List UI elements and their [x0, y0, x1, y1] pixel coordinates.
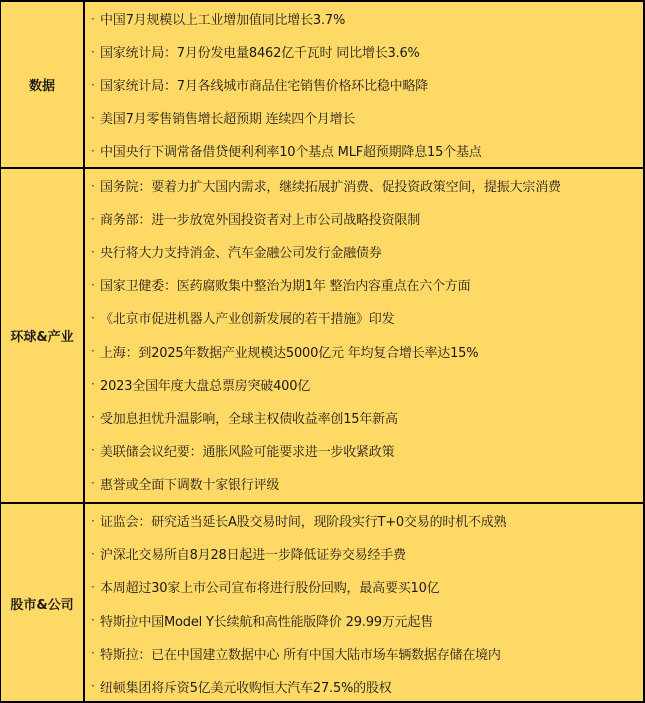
news-summary-table: 数据 ·中国7月规模以上工业增加值同比增长3.7% ·国家统计局：7月份发电量8… [0, 0, 645, 703]
bullet-icon: · [91, 646, 100, 660]
news-text: 央行将大力支持消金、汽车金融公司发行金融债券 [100, 242, 382, 261]
news-text: 国家统计局：7月各线城市商品住宅销售价格环比稳中略降 [100, 75, 428, 94]
news-item: ·2023全国年度大盘总票房突破400亿 [91, 368, 643, 401]
news-item: ·国家统计局：7月份发电量8462亿千瓦时 同比增长3.6% [91, 35, 643, 68]
news-text: 国家卫健委：医药腐败集中整治为期1年 整治内容重点在六个方面 [100, 275, 470, 294]
section-stocks-companies: 股市&公司 ·证监会：研究适当延长A股交易时间，现阶段实行T+0交易的时机不成熟… [1, 502, 643, 703]
bullet-icon: · [91, 547, 100, 561]
news-item: ·纽顿集团将斥资5亿美元收购恒大汽车27.5%的股权 [91, 670, 643, 703]
news-item: ·商务部：进一步放宽外国投资者对上市公司战略投资限制 [91, 202, 643, 235]
bullet-icon: · [91, 111, 100, 125]
news-text: 证监会：研究适当延长A股交易时间，现阶段实行T+0交易的时机不成熟 [100, 511, 506, 530]
section-label: 数据 [1, 2, 85, 167]
section-items: ·证监会：研究适当延长A股交易时间，现阶段实行T+0交易的时机不成熟 ·沪深北交… [85, 504, 643, 703]
news-text: 特斯拉中国Model Y长续航和高性能版降价 29.99万元起售 [100, 611, 433, 630]
news-text: 中国7月规模以上工业增加值同比增长3.7% [100, 9, 345, 28]
news-text: 国务院：要着力扩大国内需求，继续拓展扩消费、促投资政策空间，提振大宗消费 [100, 176, 561, 195]
news-item: ·央行将大力支持消金、汽车金融公司发行金融债券 [91, 235, 643, 268]
bullet-icon: · [91, 580, 100, 594]
bullet-icon: · [91, 45, 100, 59]
news-text: 上海：到2025年数据产业规模达5000亿元 年均复合增长率达15% [100, 342, 478, 361]
news-item: ·上海：到2025年数据产业规模达5000亿元 年均复合增长率达15% [91, 334, 643, 367]
section-label: 股市&公司 [1, 504, 85, 703]
news-text: 国家统计局：7月份发电量8462亿千瓦时 同比增长3.6% [100, 42, 420, 61]
news-item: ·沪深北交易所自8月28日起进一步降低证券交易经手费 [91, 537, 643, 570]
news-text: 美联储会议纪要：通胀风险可能要求进一步收紧政策 [100, 441, 394, 460]
bullet-icon: · [91, 344, 100, 358]
bullet-icon: · [91, 514, 100, 528]
news-item: ·国家卫健委：医药腐败集中整治为期1年 整治内容重点在六个方面 [91, 268, 643, 301]
bullet-icon: · [91, 377, 100, 391]
news-text: 中国央行下调常备借贷便利利率10个基点 MLF超预期降息15个基点 [100, 141, 482, 160]
bullet-icon: · [91, 476, 100, 490]
news-item: ·特斯拉中国Model Y长续航和高性能版降价 29.99万元起售 [91, 604, 643, 637]
news-text: 《北京市促进机器人产业创新发展的若干措施》印发 [100, 308, 394, 327]
news-item: ·中国7月规模以上工业增加值同比增长3.7% [91, 2, 643, 35]
section-global-industry: 环球&产业 ·国务院：要着力扩大国内需求，继续拓展扩消费、促投资政策空间，提振大… [1, 167, 643, 502]
section-items: ·中国7月规模以上工业增加值同比增长3.7% ·国家统计局：7月份发电量8462… [85, 2, 643, 167]
news-text: 2023全国年度大盘总票房突破400亿 [100, 375, 310, 394]
news-item: ·美国7月零售销售增长超预期 连续四个月增长 [91, 101, 643, 134]
news-item: ·国务院：要着力扩大国内需求，继续拓展扩消费、促投资政策空间，提振大宗消费 [91, 169, 643, 202]
news-item: ·特斯拉：已在中国建立数据中心 所有中国大陆市场车辆数据存储在境内 [91, 637, 643, 670]
section-data: 数据 ·中国7月规模以上工业增加值同比增长3.7% ·国家统计局：7月份发电量8… [1, 2, 643, 167]
news-item: ·本周超过30家上市公司宣布将进行股份回购，最高要买10亿 [91, 570, 643, 603]
news-text: 商务部：进一步放宽外国投资者对上市公司战略投资限制 [100, 209, 420, 228]
news-item: ·国家统计局：7月各线城市商品住宅销售价格环比稳中略降 [91, 68, 643, 101]
news-text: 特斯拉：已在中国建立数据中心 所有中国大陆市场车辆数据存储在境内 [100, 644, 501, 663]
news-item: ·美联储会议纪要：通胀风险可能要求进一步收紧政策 [91, 434, 643, 467]
bullet-icon: · [91, 144, 100, 158]
news-item: ·受加息担忧升温影响，全球主权债收益率创15年新高 [91, 401, 643, 434]
bullet-icon: · [91, 278, 100, 292]
news-text: 美国7月零售销售增长超预期 连续四个月增长 [100, 108, 355, 127]
bullet-icon: · [91, 78, 100, 92]
section-label: 环球&产业 [1, 169, 85, 502]
news-item: ·证监会：研究适当延长A股交易时间，现阶段实行T+0交易的时机不成熟 [91, 504, 643, 537]
news-item: ·《北京市促进机器人产业创新发展的若干措施》印发 [91, 301, 643, 334]
bullet-icon: · [91, 679, 100, 693]
bullet-icon: · [91, 311, 100, 325]
news-text: 沪深北交易所自8月28日起进一步降低证券交易经手费 [100, 544, 406, 563]
bullet-icon: · [91, 212, 100, 226]
news-item: ·惠誉或全面下调数十家银行评级 [91, 467, 643, 500]
news-item: ·中国央行下调常备借贷便利利率10个基点 MLF超预期降息15个基点 [91, 134, 643, 167]
section-items: ·国务院：要着力扩大国内需求，继续拓展扩消费、促投资政策空间，提振大宗消费 ·商… [85, 169, 643, 502]
bullet-icon: · [91, 245, 100, 259]
news-text: 纽顿集团将斥资5亿美元收购恒大汽车27.5%的股权 [100, 677, 392, 696]
bullet-icon: · [91, 12, 100, 26]
bullet-icon: · [91, 443, 100, 457]
news-text: 本周超过30家上市公司宣布将进行股份回购，最高要买10亿 [100, 577, 440, 596]
bullet-icon: · [91, 410, 100, 424]
news-text: 受加息担忧升温影响，全球主权债收益率创15年新高 [100, 408, 398, 427]
bullet-icon: · [91, 613, 100, 627]
news-text: 惠誉或全面下调数十家银行评级 [100, 474, 279, 493]
bullet-icon: · [91, 179, 100, 193]
